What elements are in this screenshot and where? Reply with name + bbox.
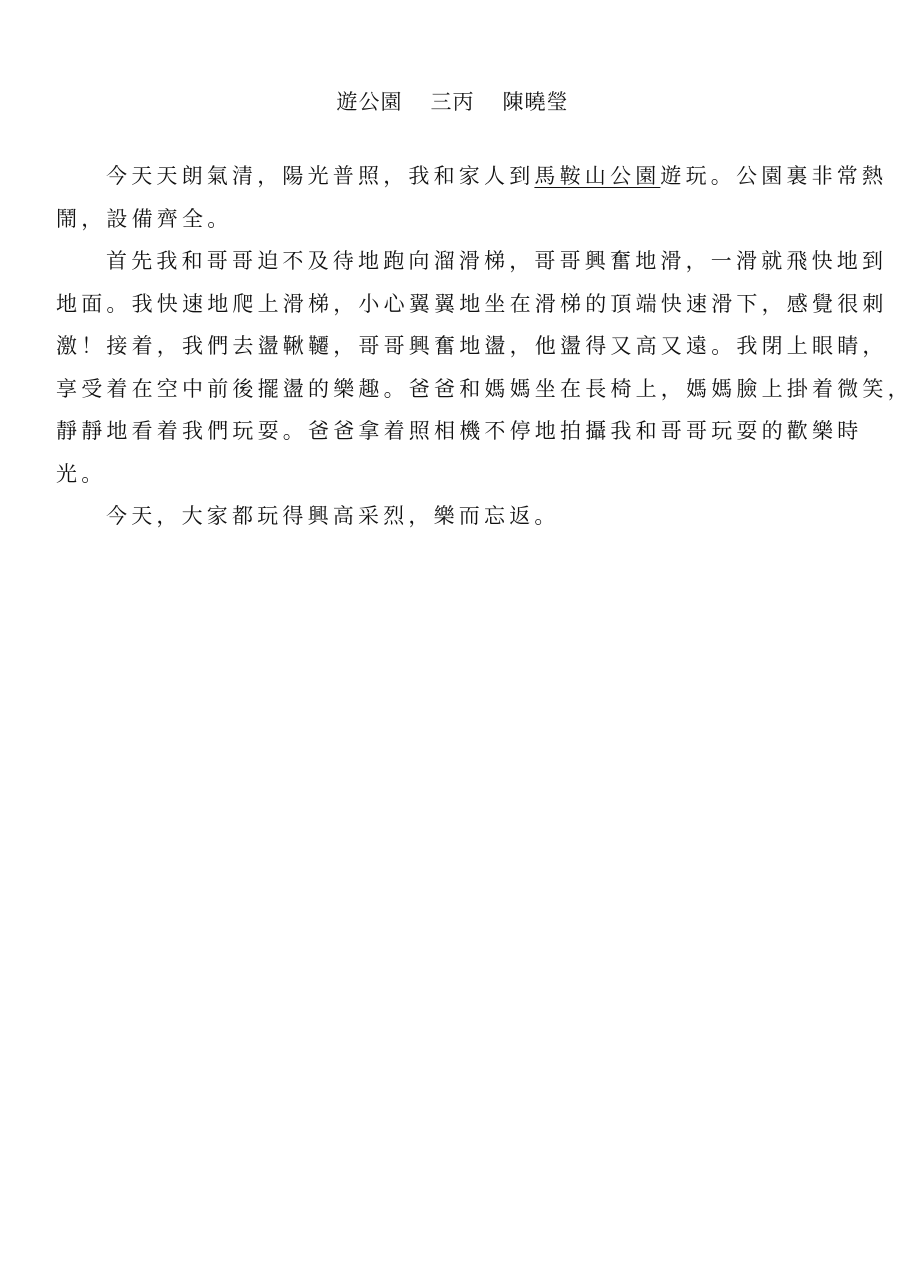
title-topic: 遊公園 [337,86,403,116]
text-line: 今天天朗氣清，陽光普照，我和家人到馬鞍山公園遊玩。公園裏非常熱 [56,155,851,198]
document-page: 遊公園三丙陳曉瑩 今天天朗氣清，陽光普照，我和家人到馬鞍山公園遊玩。公園裏非常熱… [0,0,905,1280]
essay-body: 今天天朗氣清，陽光普照，我和家人到馬鞍山公園遊玩。公園裏非常熱 鬧，設備齊全。 … [56,155,851,538]
text-line: 地面。我快速地爬上滑梯，小心翼翼地坐在滑梯的頂端快速滑下，感覺很刺 [56,283,851,326]
underlined-place-name: 馬鞍山公園 [534,164,660,188]
text-segment: 遊玩。公園裏非常熱 [660,164,887,188]
text-line: 靜靜地看着我們玩耍。爸爸拿着照相機不停地拍攝我和哥哥玩耍的歡樂時 [56,410,851,453]
text-segment: 今天天朗氣清，陽光普照，我和家人到 [106,164,534,188]
text-line: 首先我和哥哥迫不及待地跑向溜滑梯，哥哥興奮地滑，一滑就飛快地到 [56,240,851,283]
essay-title: 遊公園三丙陳曉瑩 [0,86,905,116]
title-author: 陳曉瑩 [503,86,569,116]
text-line: 鬧，設備齊全。 [56,198,851,241]
text-line: 今天，大家都玩得興高采烈，樂而忘返。 [56,495,851,538]
text-line: 光。 [56,453,851,496]
paragraph-3: 今天，大家都玩得興高采烈，樂而忘返。 [56,495,851,538]
paragraph-2: 首先我和哥哥迫不及待地跑向溜滑梯，哥哥興奮地滑，一滑就飛快地到 地面。我快速地爬… [56,240,851,495]
title-class: 三丙 [431,86,475,116]
paragraph-1: 今天天朗氣清，陽光普照，我和家人到馬鞍山公園遊玩。公園裏非常熱 鬧，設備齊全。 [56,155,851,240]
text-line: 享受着在空中前後擺盪的樂趣。爸爸和媽媽坐在長椅上，媽媽臉上掛着微笑， [56,368,851,411]
text-line: 激！接着，我們去盪鞦韆，哥哥興奮地盪，他盪得又高又遠。我閉上眼睛， [56,325,851,368]
